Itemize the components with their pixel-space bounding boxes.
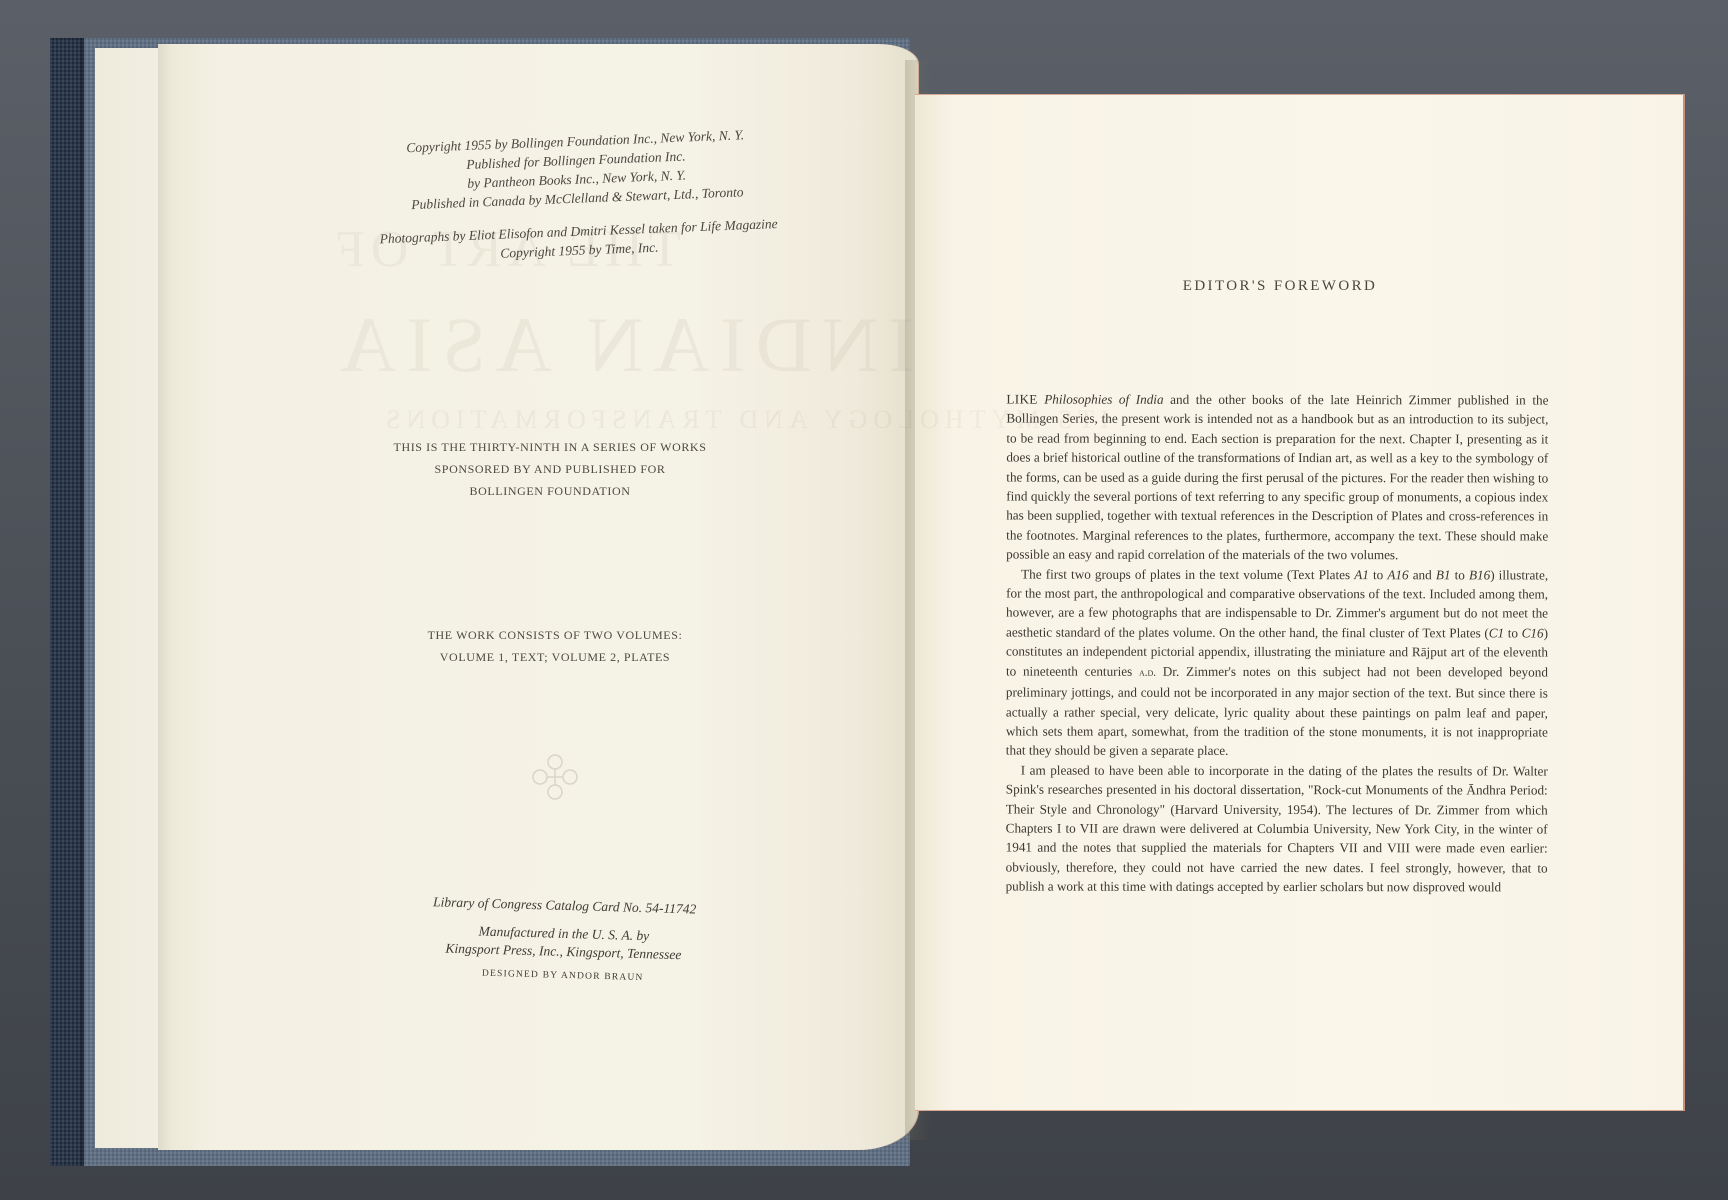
paragraph: I am pleased to have been able to incorp…	[1006, 760, 1548, 897]
imprint-block: Library of Congress Catalog Card No. 54-…	[423, 893, 705, 985]
series-line: SPONSORED BY AND PUBLISHED FOR	[360, 458, 740, 480]
photo-scene: THE ART OF INDIAN ASIA ITS MYTHOLOGY AND…	[0, 0, 1728, 1200]
series-notice: THIS IS THE THIRTY-NINTH IN A SERIES OF …	[360, 436, 740, 502]
series-line: BOLLINGEN FOUNDATION	[360, 480, 740, 502]
copyright-block: Copyright 1955 by Bollingen Foundation I…	[360, 123, 795, 267]
volumes-line: VOLUME 1, TEXT; VOLUME 2, PLATES	[405, 646, 705, 668]
foreword-body: LIKE Philosophies of India and the other…	[1006, 390, 1549, 898]
book-spine	[50, 38, 84, 1166]
endpaper	[95, 48, 166, 1148]
paragraph: LIKE Philosophies of India and the other…	[1006, 390, 1548, 566]
quatrefoil-ornament-icon	[530, 752, 580, 802]
volumes-line: THE WORK CONSISTS OF TWO VOLUMES:	[405, 624, 705, 646]
volumes-notice: THE WORK CONSISTS OF TWO VOLUMES: VOLUME…	[405, 624, 705, 668]
series-line: THIS IS THE THIRTY-NINTH IN A SERIES OF …	[360, 436, 740, 458]
ghost-title-line: ITS MYTHOLOGY AND TRANSFORMATIONS	[380, 405, 1109, 435]
page-title: EDITOR'S FOREWORD	[1000, 278, 1560, 295]
ghost-title-line: INDIAN ASIA	[330, 300, 914, 390]
paragraph: The first two groups of plates in the te…	[1006, 564, 1548, 761]
